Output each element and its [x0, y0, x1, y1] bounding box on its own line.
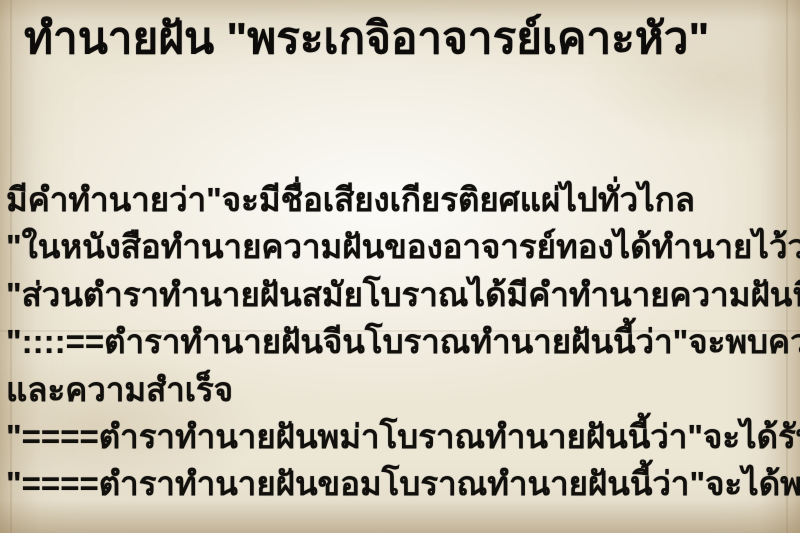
body-line: มีคำทำนายว่า"จะมีชื่อเสียงเกียรติยศแผ่ไป… [6, 176, 800, 223]
prediction-text-block: มีคำทำนายว่า"จะมีชื่อเสียงเกียรติยศแผ่ไป… [6, 176, 800, 508]
body-line: "====ตำราทำนายฝันขอมโบราณทำนายฝันนี้ว่า"… [6, 460, 800, 507]
body-line: "====ตำราทำนายฝันพม่าโบราณทำนายฝันนี้ว่า… [6, 413, 800, 460]
page-title: ทำนายฝัน "พระเกจิอาจารย์เคาะหัว" [24, 14, 800, 65]
body-line: "ในหนังสือทำนายความฝันของอาจารย์ทองได้ทำ… [6, 223, 800, 270]
body-line: และความสำเร็จ [6, 366, 800, 413]
dream-interpretation-page: ทำนายฝัน "พระเกจิอาจารย์เคาะหัว" มีคำทำน… [0, 0, 800, 533]
body-line: "ส่วนตำราทำนายฝันสมัยโบราณได้มีคำทำนายคว… [6, 271, 800, 318]
body-line: "::::==ตำราทำนายฝันจีนโบราณทำนายฝันนี้ว่… [6, 318, 800, 365]
